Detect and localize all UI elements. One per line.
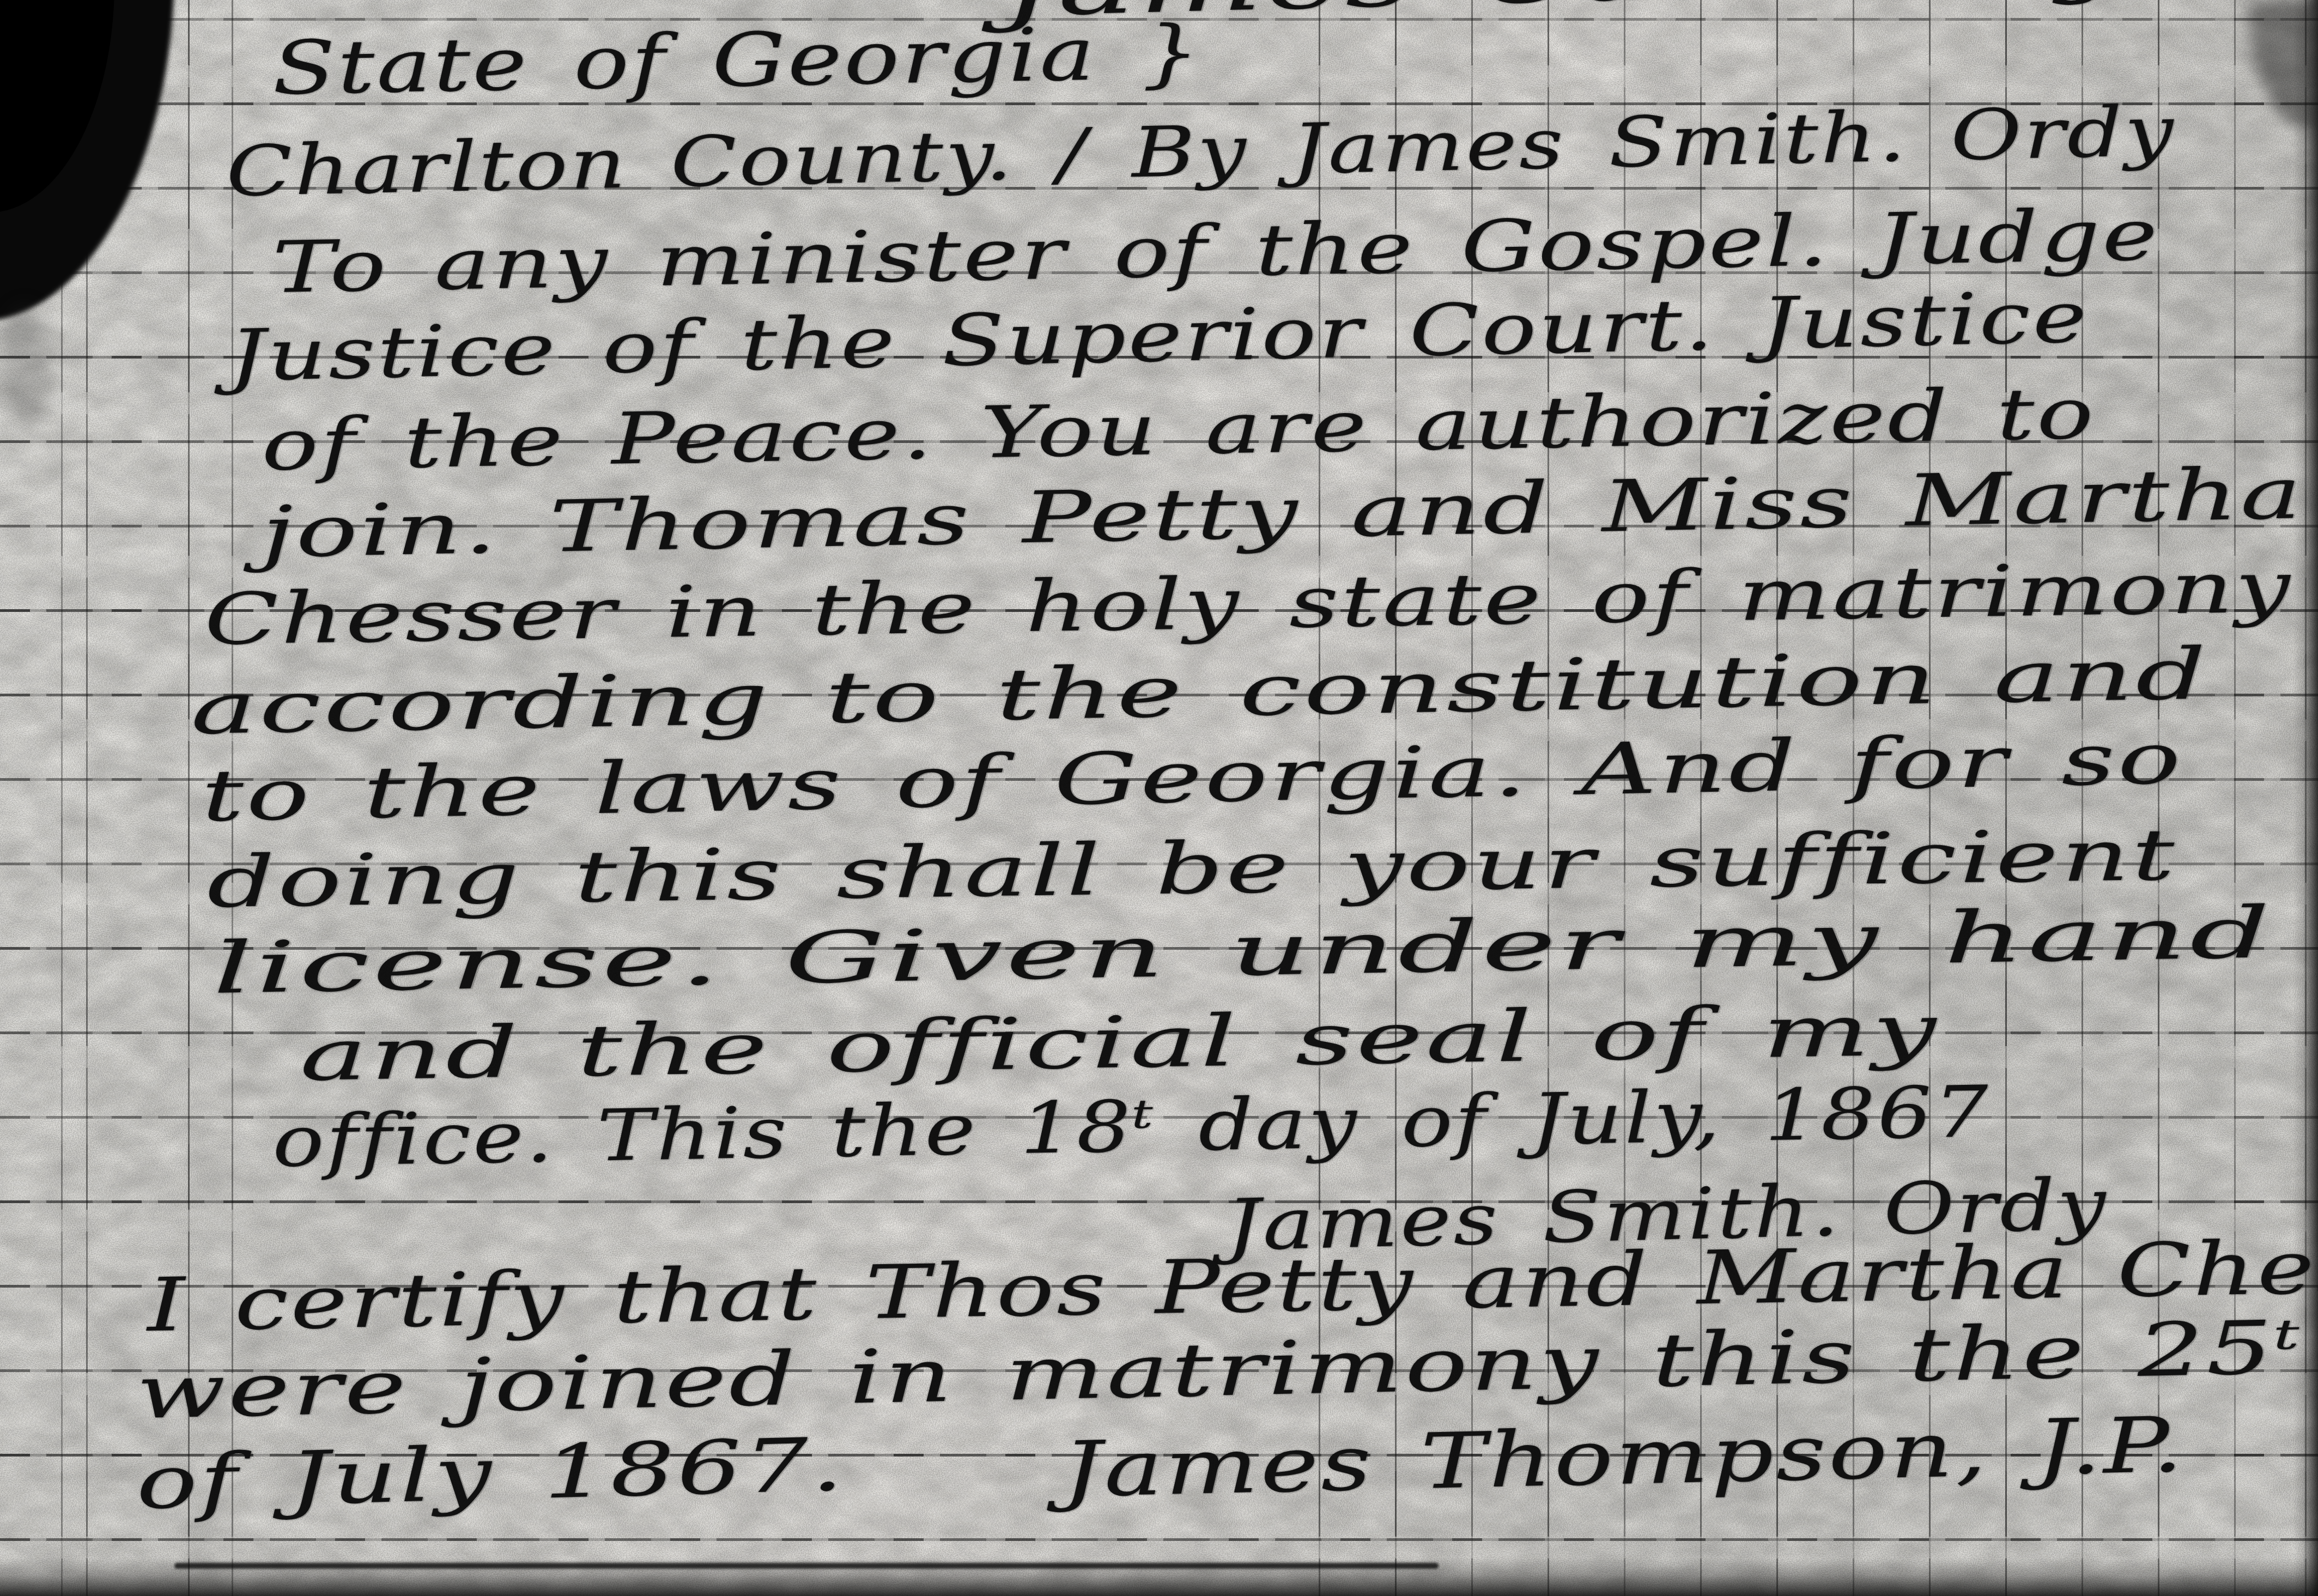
scan-bottom-edge-shadow bbox=[0, 1558, 2318, 1596]
scan-bottom-ink-smear bbox=[174, 1563, 1439, 1569]
line-laws-of-georgia: to the laws of Georgia. And for so bbox=[201, 719, 2184, 835]
ledger-rule-horizontal bbox=[0, 778, 2318, 781]
ledger-rule-vertical bbox=[86, 0, 88, 1596]
scan-right-top-smudge bbox=[2247, 0, 2318, 131]
ledger-rule-horizontal bbox=[0, 102, 2318, 105]
ledger-rule-horizontal bbox=[0, 694, 2318, 696]
ledger-rule-vertical bbox=[61, 0, 63, 1596]
ledger-rule-horizontal bbox=[0, 947, 2318, 950]
ledger-rule-horizontal bbox=[0, 1116, 2318, 1119]
ledger-rule-vertical bbox=[1319, 0, 1320, 1596]
ledger-rule-vertical bbox=[1853, 0, 1854, 1596]
ledger-rule-vertical bbox=[1624, 0, 1625, 1596]
scan-corner-artifact-dark bbox=[0, 0, 114, 213]
scan-mottle-overlay bbox=[0, 0, 2318, 1596]
scan-right-edge-shadow bbox=[2293, 0, 2318, 1596]
previous-entry-signature-fragment: James Cassell. Jr bbox=[1002, 0, 2195, 33]
ledger-rule-horizontal bbox=[0, 356, 2318, 359]
ledger-rule-horizontal bbox=[0, 1538, 2318, 1541]
line-joined-date: were joined in matrimony this the 25ᵗ da… bbox=[135, 1302, 2318, 1433]
ledger-rule-horizontal bbox=[0, 440, 2318, 443]
ledger-rule-vertical bbox=[188, 0, 190, 1596]
ledger-rule-horizontal bbox=[0, 271, 2318, 274]
scan-grain-overlay bbox=[0, 0, 2318, 1596]
scanned-ledger-page: James Cassell. Jr State of Georgia } Cha… bbox=[0, 0, 2318, 1596]
ledger-rule-horizontal bbox=[0, 187, 2318, 190]
line-state-of-georgia: State of Georgia } bbox=[272, 12, 1203, 109]
ledger-rule-horizontal bbox=[0, 1200, 2318, 1203]
line-to-any-minister: To any minister of the Gospel. Judge bbox=[272, 196, 2161, 307]
ledger-rule-vertical bbox=[1548, 0, 1549, 1596]
scan-corner-artifact bbox=[0, 0, 174, 321]
ledger-rule-horizontal bbox=[0, 1369, 2318, 1372]
ledger-rule-horizontal bbox=[0, 609, 2318, 612]
ledger-rule-horizontal bbox=[0, 1285, 2318, 1288]
line-county-by-ordinary: Charlton County. / By James Smith. Ordy bbox=[226, 93, 2176, 210]
ledger-rule-vertical bbox=[1471, 0, 1473, 1596]
ledger-rule-vertical bbox=[1776, 0, 1778, 1596]
ledger-rule-vertical bbox=[232, 0, 233, 1596]
line-doing-sufficient: doing this shall be your sufficient bbox=[207, 816, 2177, 921]
ledger-rule-vertical bbox=[2234, 0, 2236, 1596]
line-of-july: of July 1867. bbox=[135, 1424, 846, 1524]
line-official-seal: and the official seal of my bbox=[299, 991, 1939, 1095]
line-office-date: office. This the 18ᵗ day of July, 1867 bbox=[272, 1073, 1991, 1181]
line-justice-superior-court: Justice of the Superior Court. Justice bbox=[228, 278, 2090, 395]
ledger-rule-vertical bbox=[1929, 0, 1931, 1596]
line-certify: I certify that Thos Petty and Martha Che… bbox=[147, 1225, 2318, 1346]
line-chesser-matrimony: Chesser in the holy state of matrimony bbox=[204, 548, 2293, 659]
ledger-rule-vertical bbox=[2158, 0, 2159, 1596]
line-join-names: join. Thomas Petty and Miss Martha bbox=[261, 454, 2305, 572]
ledger-rule-horizontal bbox=[0, 18, 2318, 21]
ledger-rule-horizontal bbox=[0, 525, 2318, 527]
ledger-rule-vertical bbox=[2305, 0, 2307, 1596]
signature-justice: James Thompson, J.P. bbox=[1061, 1403, 2186, 1513]
ledger-rule-horizontal bbox=[0, 863, 2318, 865]
ledger-rule-horizontal bbox=[0, 1031, 2318, 1034]
line-license-hand: license. Given under my hand bbox=[212, 894, 2274, 1008]
ledger-rule-vertical bbox=[2082, 0, 2083, 1596]
ledger-rule-vertical bbox=[1700, 0, 1702, 1596]
ledger-rule-horizontal bbox=[0, 1454, 2318, 1457]
line-according-constitution: according to the constitution and bbox=[190, 635, 2210, 748]
handwriting-layer: James Cassell. Jr State of Georgia } Cha… bbox=[0, 0, 2318, 1596]
ledger-rule-vertical bbox=[2005, 0, 2007, 1596]
ledger-grid-lines bbox=[0, 0, 2318, 1596]
scan-left-smudge bbox=[0, 305, 49, 430]
ledger-rule-vertical bbox=[1395, 0, 1397, 1596]
signature-ordinary: James Smith. Ordy bbox=[1225, 1165, 2109, 1265]
line-of-the-peace: of the Peace. You are authorized to bbox=[261, 374, 2096, 484]
